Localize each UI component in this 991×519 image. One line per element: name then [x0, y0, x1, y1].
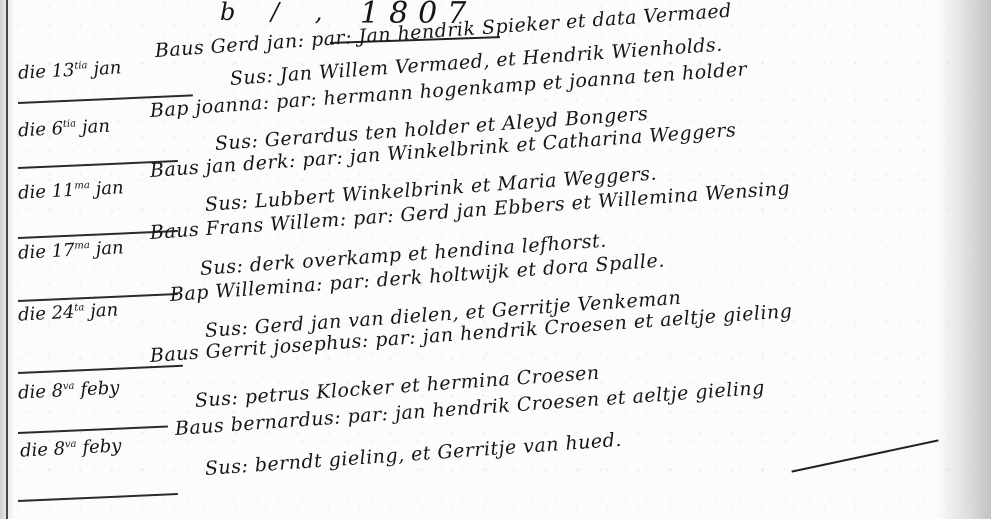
closing-flourish: [791, 439, 938, 472]
entry-date: die 11ma jan: [18, 177, 125, 204]
header-fragment: b / ,: [220, 0, 336, 26]
entry-date: die 8va feby: [18, 377, 120, 403]
margin-rule: [6, 0, 8, 519]
entry-date: die 6tia jan: [18, 116, 111, 142]
page-edge-shadow: [936, 0, 991, 519]
register-page: b / , 1807 die 13tia jan Baus Gerd jan: …: [0, 0, 991, 519]
entry-divider: [18, 493, 178, 501]
entry-divider: [18, 425, 168, 433]
entry-date: die 24ta jan: [18, 299, 119, 325]
entry-date: die 13tia jan: [18, 57, 122, 83]
entry-date: die 17ma jan: [18, 237, 125, 264]
entry-date: die 8va feby: [20, 435, 122, 461]
sponsors-line: Sus: berndt gieling, et Gerritje van hue…: [204, 429, 622, 480]
